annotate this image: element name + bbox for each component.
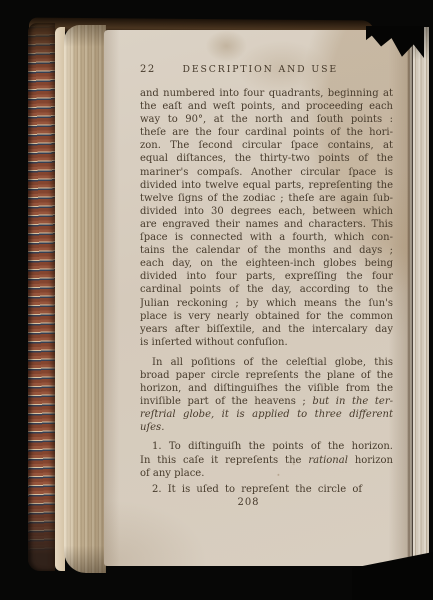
text-line: divided into 30 degrees each, between wh… — [140, 205, 393, 218]
line-text: In all poſitions of the celeſtial globe,… — [152, 357, 393, 368]
text-line: years after biſſextile, and the intercal… — [140, 323, 393, 336]
book-page: 22 DESCRIPTION AND USE and numbered into… — [104, 30, 410, 566]
text-line: In this caſe it repreſents the rational … — [140, 454, 393, 467]
line-text: each day, on the eighteen-inch globes be… — [140, 258, 393, 269]
text-line: equal diſtances, the thirty-two points o… — [140, 152, 393, 165]
facing-leaves-edge — [413, 27, 429, 575]
line-text: mariner's compaſs. Another circular ſpac… — [140, 167, 393, 178]
line-text: way to 90°, at the north and ſouth point… — [140, 114, 393, 125]
text-line: 2. It is uſed to repreſent the circle of — [140, 483, 393, 496]
text-line: horizon, and diſtinguiſhes the viſible f… — [140, 382, 393, 395]
text-line: the eaſt and weſt points, and proceeding… — [140, 100, 393, 113]
line-text: 1. To diſtinguiſh the points of the hori… — [152, 441, 393, 452]
text-line: of any place. — [140, 467, 393, 480]
text-line: Julian reckoning ; by which means the ſu… — [140, 297, 393, 310]
text-line: uſes. — [140, 421, 393, 434]
line-text: cardinal points of the day, according to… — [140, 284, 393, 295]
line-text-italic: rational — [308, 455, 348, 466]
line-text: divided into 30 degrees each, between wh… — [140, 206, 393, 217]
line-text: divided into four parts, expreſſing the … — [140, 271, 393, 282]
line-text: theſe are the four cardinal points of th… — [140, 127, 393, 138]
text-line: divided into twelve equal parts, repreſe… — [140, 179, 393, 192]
line-text: is inſerted without confuſion. — [140, 337, 288, 348]
text-line: twelve ſigns of the zodiac ; theſe are a… — [140, 192, 393, 205]
line-text-italic: uſes. — [140, 422, 164, 433]
text-line: zon. The ſecond circular ſpace contains,… — [140, 139, 393, 152]
text-line: In all poſitions of the celeſtial globe,… — [140, 356, 393, 369]
page-header: 22 DESCRIPTION AND USE — [140, 64, 393, 76]
header-page-number: 22 — [140, 64, 156, 75]
line-text: inviſible part of the heavens ; — [140, 396, 312, 407]
line-text-italic: but in the ter- — [312, 396, 393, 407]
line-text: place is very nearly obtained for the co… — [140, 311, 393, 322]
line-text: zon. The ſecond circular ſpace contains,… — [140, 140, 393, 151]
book-scan-photo: 22 DESCRIPTION AND USE and numbered into… — [0, 0, 433, 600]
line-text: of any place. — [140, 468, 204, 479]
line-text: are engraved their names and characters.… — [140, 219, 393, 230]
text-line: inviſible part of the heavens ; but in t… — [140, 395, 393, 408]
text-line: are engraved their names and characters.… — [140, 218, 393, 231]
text-line: is inſerted without confuſion. — [140, 336, 393, 349]
text-line: tains the calendar of the months and day… — [140, 244, 393, 257]
line-text: 2. It is uſed to repreſent the circle of — [152, 484, 362, 495]
line-text: years after biſſextile, and the intercal… — [140, 324, 393, 335]
running-title: DESCRIPTION AND USE — [182, 64, 338, 75]
text-line: broad paper circle repreſents the plane … — [140, 369, 393, 382]
line-text: tains the calendar of the months and day… — [140, 245, 393, 256]
line-text: twelve ſigns of the zodiac ; theſe are a… — [140, 193, 393, 204]
line-text: Julian reckoning ; by which means the ſu… — [140, 298, 393, 309]
printed-text-block: 22 DESCRIPTION AND USE and numbered into… — [140, 64, 393, 508]
line-text-italic: reſtrial globe, it is applied to three d… — [140, 409, 393, 420]
text-line: cardinal points of the day, according to… — [140, 283, 393, 296]
line-text: the eaſt and weſt points, and proceeding… — [140, 101, 393, 112]
line-text: In this caſe it repreſents the — [140, 455, 308, 466]
text-line: theſe are the four cardinal points of th… — [140, 126, 393, 139]
text-line: way to 90°, at the north and ſouth point… — [140, 113, 393, 126]
line-text: horizon, and diſtinguiſhes the viſible f… — [140, 383, 393, 394]
text-line: and numbered into four quadrants, beginn… — [140, 87, 393, 100]
page-fore-edges — [64, 25, 106, 573]
marbled-cover-edge — [28, 23, 55, 571]
text-line: each day, on the eighteen-inch globes be… — [140, 257, 393, 270]
line-text: horizon — [348, 455, 393, 466]
body-text: and numbered into four quadrants, beginn… — [140, 87, 393, 496]
line-text: divided into twelve equal parts, repreſe… — [140, 180, 393, 191]
line-text: and numbered into four quadrants, beginn… — [140, 88, 393, 99]
text-line: reſtrial globe, it is applied to three d… — [140, 408, 393, 421]
text-line: ſpace is connected with a fourth, which … — [140, 231, 393, 244]
footer-page-number: 208 — [140, 497, 393, 508]
line-text: equal diſtances, the thirty-two points o… — [140, 153, 393, 164]
text-line: mariner's compaſs. Another circular ſpac… — [140, 166, 393, 179]
text-line: 1. To diſtinguiſh the points of the hori… — [140, 440, 393, 453]
text-line: place is very nearly obtained for the co… — [140, 310, 393, 323]
line-text: broad paper circle repreſents the plane … — [140, 370, 393, 381]
line-text: ſpace is connected with a fourth, which … — [140, 232, 393, 243]
text-line: divided into four parts, expreſſing the … — [140, 270, 393, 283]
